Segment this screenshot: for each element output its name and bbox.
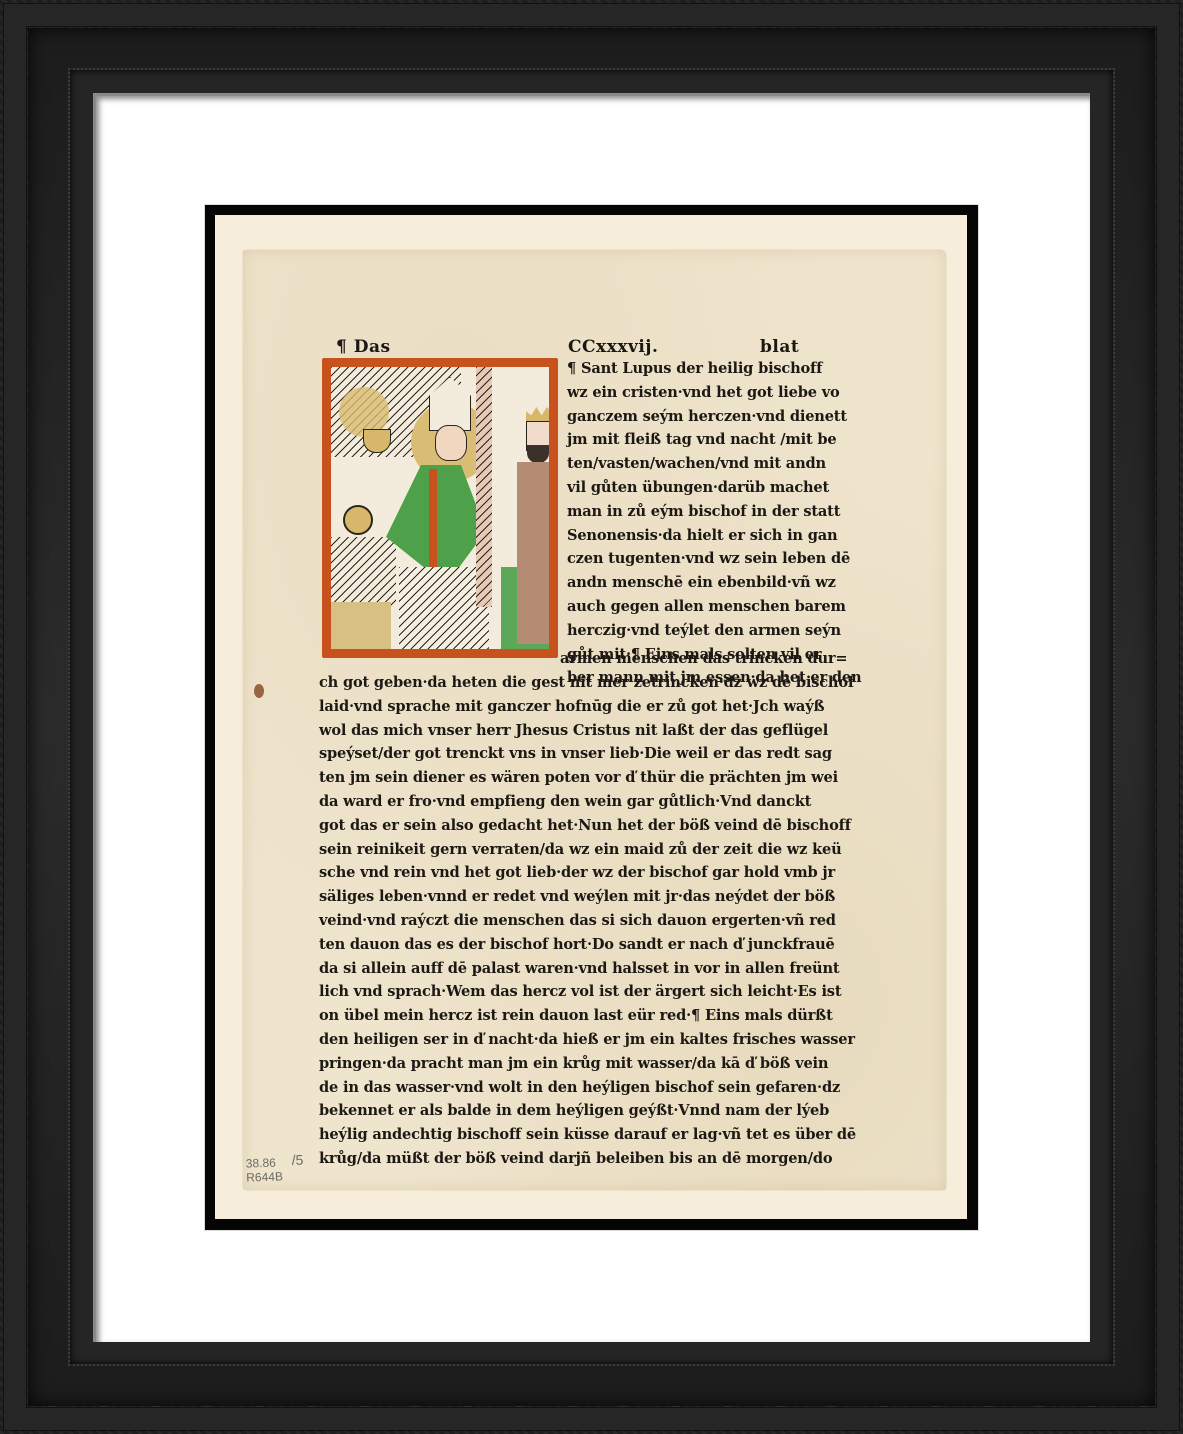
pillar [476,367,492,607]
text-line: ganczem seým herczen·vnd dienett [567,405,861,429]
text-line: ten/vasten/wachen/vnd mit andn [567,452,861,476]
text-line: sein reinikeit gern verraten/da wz ein m… [319,838,856,862]
text-line: ¶ Sant Lupus der heilig bischoff [567,357,861,381]
text-line: laid·vnd sprache mit ganczer hofnūg die … [319,695,856,719]
text-line: säliges leben·vnnd er redet vnd weýlen m… [319,885,856,909]
king-robe [517,462,549,644]
text-line: ten dauon das es der bischof hort·Do san… [319,933,856,957]
text-line: speýset/der got trenckt vns in vnser lie… [319,742,856,766]
accession-line-1: 38.86 [246,1155,283,1170]
text-line: pringen·da pracht man jm ein krůg mit wa… [319,1052,856,1076]
text-line: herczig·vnd teýlet den armen seýn [567,619,861,643]
crown-icon [526,407,549,421]
folio-number: CCxxxvij. [568,337,658,357]
text-line: Senonensis·da hielt er sich in gan [567,524,861,548]
text-line: de in das wasser·vnd wolt in den heýlige… [319,1076,856,1100]
text-line: wol das mich vnser herr Jhesus Cristus n… [319,719,856,743]
text-line: jm mit fleiß tag vnd nacht /mit be [567,428,861,452]
bishop-face [435,425,467,461]
text-line: auch gegen allen menschen barem [567,595,861,619]
text-line: czen tugenten·vnd wz sein leben dē [567,547,861,571]
accession-number-note: 38.86 R644B /5 [246,1155,284,1184]
text-line: andn menschē ein ebenbild·vñ wz [567,571,861,595]
accession-line-2: R644B [246,1169,283,1184]
text-line: ten jm sein diener es wären poten vor ď … [319,766,856,790]
text-line: veind·vnd raýczt die menschen das si sic… [319,909,856,933]
text-line: got das er sein also gedacht het·Nun het… [319,814,856,838]
right-column-text: ¶ Sant Lupus der heilig bischoff wz ein … [567,357,861,690]
text-line: on übel mein hercz ist rein dauon last e… [319,1004,856,1028]
text-line: krůg/da müßt der böß veind darjñ beleibe… [319,1147,856,1171]
pilcrow-icon: ¶ [567,360,576,377]
altar-base [331,602,391,649]
paten-icon [343,505,373,535]
text-line: den heiligen ser in ď nacht·da hieß er j… [319,1028,856,1052]
text-line: man in zů eým bischof in der statt [567,500,861,524]
text-line-content: Sant Lupus der heilig bischoff [581,360,822,377]
accession-fraction: /5 [291,1153,303,1167]
text-line: bekennet er als balde in dem heýligen ge… [319,1099,856,1123]
pilcrow-icon: ¶ [336,337,347,357]
king-beard [527,445,549,463]
header-left: ¶ Das [336,337,391,357]
text-line: lich vnd sprach·Wem das hercz vol ist de… [319,980,856,1004]
text-line: heýlig andechtig bischoff sein küsse dar… [319,1123,856,1147]
foxing-stain [254,684,264,698]
text-line: sche vnd rein vnd het got lieb·der wz de… [319,861,856,885]
text-line-continued: armen menschen das trincken dur= [560,647,847,671]
text-line: da si allein auff dē palast waren·vnd ha… [319,957,856,981]
text-line: wz ein cristen·vnd het got liebe vo [567,381,861,405]
altar [331,537,396,607]
illustration-scene [331,367,549,649]
header-left-text: Das [354,337,391,357]
orphrey-stripe [429,469,437,579]
full-width-text: ch got geben·da heten die gest nit mer z… [319,671,856,1171]
text-line: vil gůten übungen·darüb machet [567,476,861,500]
text-line: da ward er fro·vnd empfieng den wein gar… [319,790,856,814]
woodcut-illustration [322,358,558,658]
text-line: ch got geben·da heten die gest nit mer z… [319,671,856,695]
chalice-icon [363,429,391,453]
header-right: blat [760,337,799,357]
